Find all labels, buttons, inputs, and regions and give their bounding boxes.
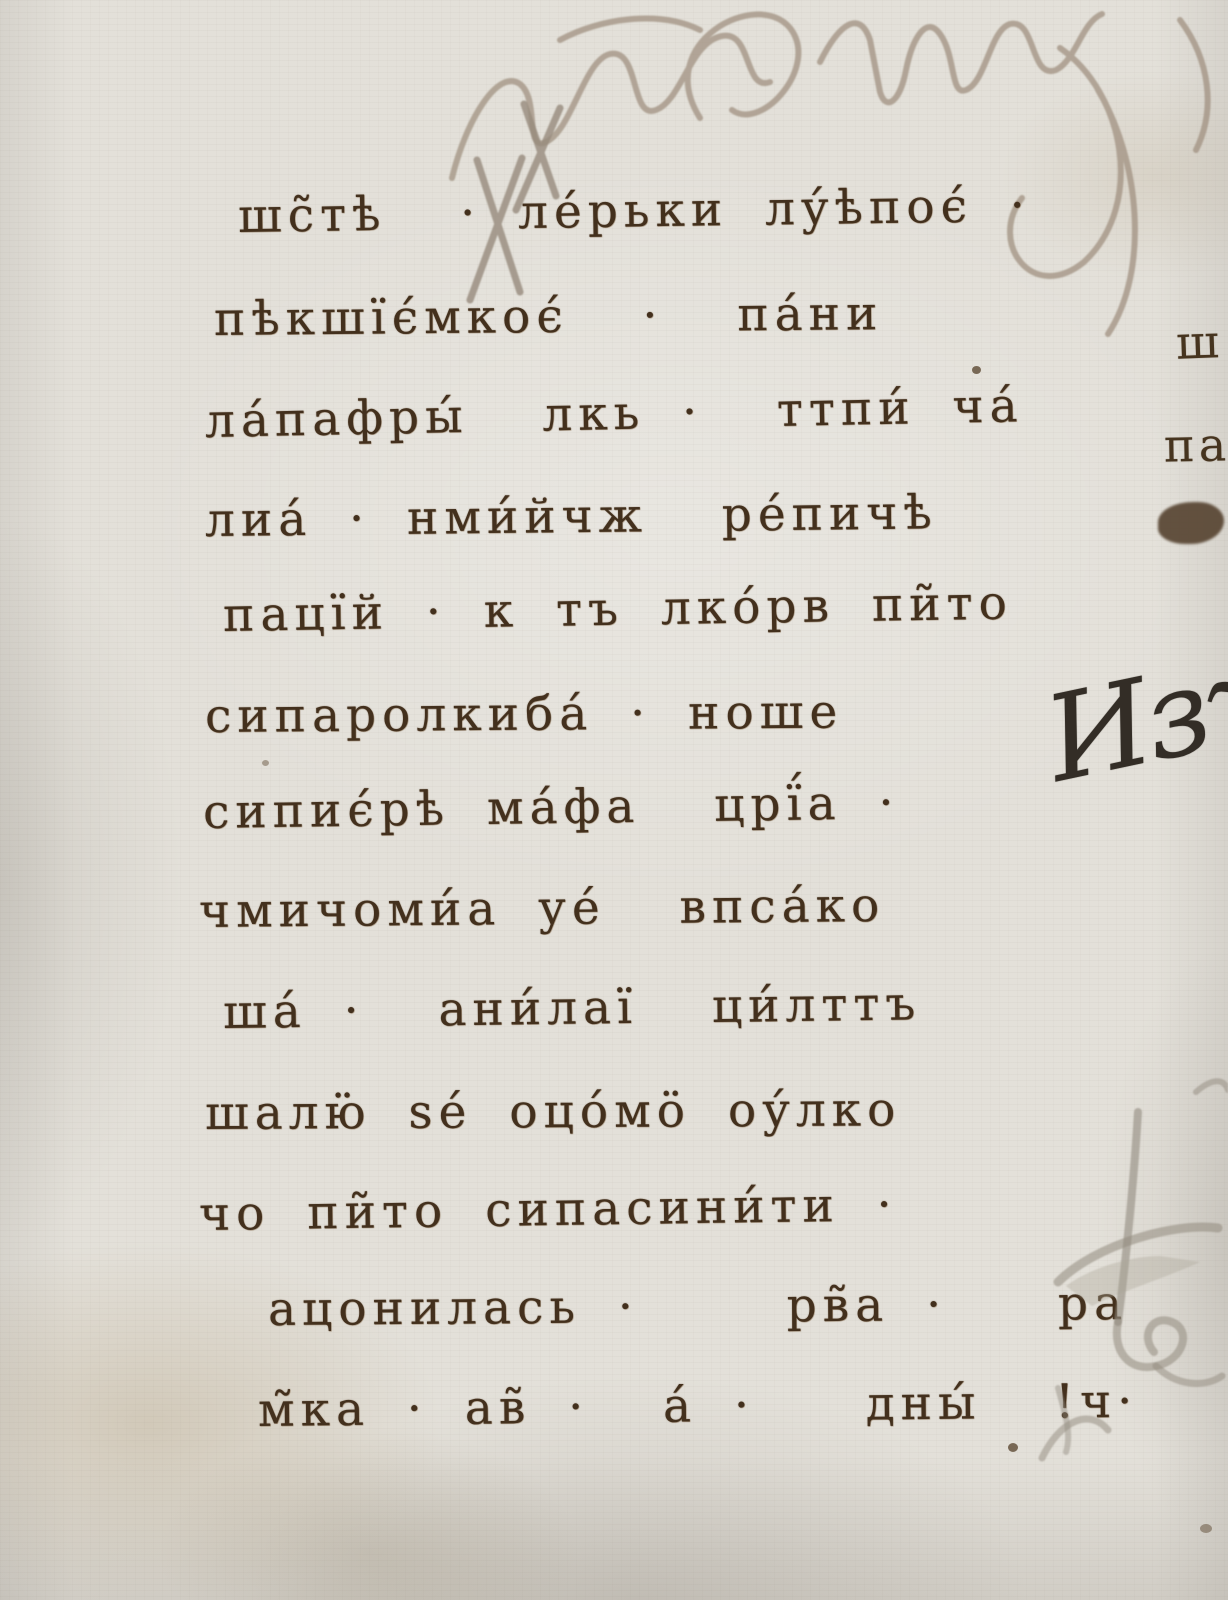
ink-speck: [1200, 1524, 1212, 1533]
bottom-flourish: [0, 0, 1228, 1600]
ink-speck: [262, 760, 269, 766]
ink-speck: [1008, 1443, 1018, 1452]
manuscript-page: шс̃тѣ · ле́рьки лу́ѣпоє́ · пѣкшїє́мкоє́ …: [0, 0, 1228, 1600]
ink-speck: [972, 366, 981, 374]
